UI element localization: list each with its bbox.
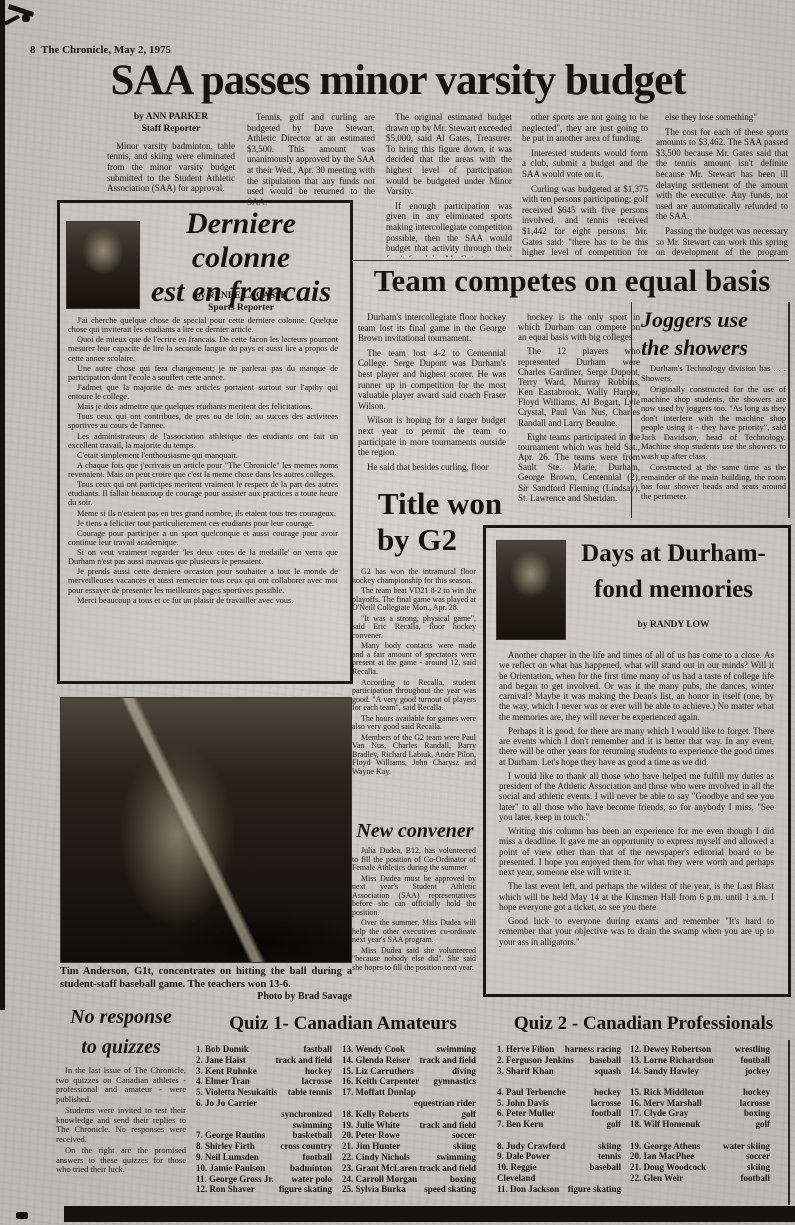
quiz-entry: 18. Kelly Robertsgolf	[342, 1109, 476, 1120]
quiz-entry: 12. Ron Shaverfigure skating	[196, 1184, 332, 1195]
derniere-byline-title: Sports Reporter	[142, 303, 340, 315]
quiz-entry-name: George Rautins	[205, 1130, 265, 1140]
quiz-entry-number: 4.	[497, 1087, 504, 1097]
quiz-entry-number: 9.	[497, 1151, 504, 1161]
quiz-entry-sport: wrestling	[735, 1044, 770, 1055]
quiz-entry-name: Clyde Gray	[644, 1108, 689, 1118]
paragraph: Interested students would form a club, s…	[522, 148, 648, 180]
paragraph: Another chapter in the life and times of…	[499, 650, 774, 722]
paragraph: A chaque fois que j'ecrivais un article …	[68, 461, 338, 479]
paragraph: The last event left, and perhaps the wil…	[499, 881, 774, 912]
paragraph: Si on veut vraiment regarder 'les deux c…	[68, 548, 338, 566]
quiz-entry: 11. George Gross Jr.water polo	[196, 1174, 332, 1185]
section-rule	[352, 260, 789, 261]
paragraph: Good luck to everyone during exams and r…	[499, 916, 774, 947]
quiz-entry: 2. Ferguson Jenkinsbaseball	[497, 1055, 621, 1066]
paragraph: The original estimated budget drawn up b…	[386, 112, 512, 197]
quiz-entry-sport: jockey	[745, 1066, 770, 1077]
quiz-entry: 6. Peter Mullerfootball	[497, 1108, 621, 1119]
scan-edge-line	[0, 0, 5, 1010]
quiz-entry-number: 11.	[196, 1174, 207, 1184]
quiz-entry: 13. Wendy Cookswimming	[342, 1044, 476, 1055]
quiz-entry: 10. Reggie Clevelandbaseball	[497, 1162, 621, 1184]
quiz-entry: 3. Sharif Khansquash	[497, 1066, 621, 1077]
paragraph: Miss Dudea must be approved by next year…	[352, 875, 476, 918]
paragraph: If enough participation was given in any…	[386, 201, 512, 257]
quiz-entry-sport: table tennis	[288, 1087, 332, 1098]
paragraph: In the last issue of The Chronicle, two …	[56, 1066, 186, 1104]
days-body: Another chapter in the life and times of…	[499, 650, 774, 986]
quiz-entry-name: Wendy Cook	[355, 1044, 405, 1054]
quiz-entry: 2. Jane Haisttrack and field	[196, 1055, 332, 1066]
quiz-entry: 10. Jamie Paulsonbadminton	[196, 1163, 332, 1174]
quiz-entry-sport: football	[740, 1173, 770, 1184]
paragraph: Curling was budgeted at $1,375 with ten …	[522, 184, 648, 257]
quiz-entry-name: Glen Weir	[644, 1173, 684, 1183]
quiz-entry-name: Ian MacPhee	[644, 1151, 695, 1161]
quiz-entry-name: Sandy Hawley	[644, 1066, 699, 1076]
quiz-entry-sport: hockey	[743, 1087, 770, 1098]
quiz2-col-a: 1. Herve Filionharness racing2. Ferguson…	[497, 1044, 621, 1195]
paragraph: Je tiens a feliciter tout particuliereme…	[68, 519, 338, 528]
derniere-headline-line2: colonne	[142, 241, 340, 275]
main-article-byline-title: Staff Reporter	[107, 124, 235, 136]
quiz-entry-number: 10.	[497, 1162, 508, 1172]
quiz-entry-sport: badminton	[290, 1163, 332, 1174]
quiz-entry-sport: hockey	[305, 1066, 332, 1077]
paragraph: The 12 players who represented Durham we…	[518, 346, 640, 427]
paragraph: I would like to thank all those who have…	[499, 771, 774, 822]
quiz-entry-name: John Davis	[506, 1098, 549, 1108]
quiz-entry-name: Shirley Firth	[205, 1141, 255, 1151]
quiz-entry-number: 5.	[196, 1087, 203, 1097]
quiz-entry: 17. Moffatt Dunlapequestrian rider	[342, 1087, 476, 1109]
quiz-entry-number: 24.	[342, 1174, 353, 1184]
quiz-entry-sport: track and field	[419, 1055, 476, 1066]
quiz-entry-sport: tennis	[598, 1151, 621, 1162]
quiz-entry-sport: equestrian rider	[414, 1098, 476, 1109]
quiz-entry: 13. Lorne Richardsonfootball	[630, 1055, 770, 1066]
quiz-entry: 5. Violetta Nesukaitistable tennis	[196, 1087, 332, 1098]
quiz-entry-number: 12.	[630, 1044, 641, 1054]
quiz-entry-number: 1.	[196, 1044, 203, 1054]
paragraph: else they lose something"	[656, 112, 788, 123]
quiz-entry-sport: lacrosse	[591, 1098, 621, 1109]
quiz-entry-sport: football	[740, 1055, 770, 1066]
quiz-entry-name: Kelly Roberts	[356, 1109, 409, 1119]
paragraph: Writing this column has been an experien…	[499, 826, 774, 877]
quiz-entry-number: 10.	[196, 1163, 207, 1173]
derniere-article-box: Derniere colonne est en francais by RENE…	[57, 200, 353, 684]
quiz-entry-name: Moffatt Dunlap	[356, 1087, 416, 1097]
paragraph: Courage pour participer a un sport quelc…	[68, 529, 338, 547]
team-competes-headline: Team competes on equal basis	[352, 263, 792, 299]
quiz-entry-number: 3.	[196, 1066, 203, 1076]
quiz-entry-name: Ferguson Jenkins	[506, 1055, 574, 1065]
quiz-entry: 7. Ben Kerngolf	[497, 1119, 621, 1130]
paragraph: Meme si ils n'etaient pas en tres grand …	[68, 509, 338, 518]
days-memories-box: Days at Durham- fond memories by RANDY L…	[483, 525, 791, 997]
quiz-entry: 24. Carroll Morganboxing	[342, 1174, 476, 1185]
paragraph: Constructed at the same time as the rema…	[641, 463, 786, 501]
paragraph: He said that besides curling, floor	[358, 462, 506, 473]
quiz-entry-sport: harness racing	[565, 1044, 621, 1055]
quiz-entry: 22. Glen Weirfootball	[630, 1173, 770, 1184]
quiz-entry-number: 6.	[497, 1108, 504, 1118]
paragraph: J'ai cherche quelque chose de special po…	[68, 316, 338, 334]
quiz-entry-number: 11.	[497, 1184, 508, 1194]
quiz-entry-number: 17.	[630, 1108, 641, 1118]
quiz-entry-sport: boxing	[744, 1108, 770, 1119]
quiz-entry-name: Grant McLaren	[356, 1163, 418, 1173]
quiz-entry-number: 2.	[196, 1055, 203, 1065]
quiz-entry: 23. Grant McLarentrack and field	[342, 1163, 476, 1174]
title-won-headline-line1: Title won	[352, 486, 528, 522]
derniere-byline-name: by RENEE LACASSE	[142, 291, 340, 303]
column-rule	[631, 302, 632, 518]
quiz-entry-name: George Gross Jr.	[209, 1174, 274, 1184]
quiz-entry-number: 5.	[497, 1098, 504, 1108]
paragraph: Members of the G2 team were Paul Van Nus…	[352, 734, 476, 777]
quiz-entry: 3. Kent Ruhnkehockey	[196, 1066, 332, 1077]
quiz-entry-name: Jamie Paulson	[210, 1163, 266, 1173]
paragraph: Passing the budget was necessary so Mr. …	[656, 226, 788, 257]
quiz-entry-sport: lacrosse	[740, 1098, 770, 1109]
quiz-entry-sport: basketball	[292, 1130, 332, 1141]
quiz-entry: 12. Dewey Robertsonwrestling	[630, 1044, 770, 1055]
quiz-entry-sport: skiing	[747, 1162, 770, 1173]
quiz-entry-number: 6.	[196, 1098, 203, 1108]
quiz-entry-sport: gymnastics	[434, 1076, 477, 1087]
quiz-entry-number: 18.	[342, 1109, 353, 1119]
quiz-entry: 15. Rick Middletonhockey	[630, 1087, 770, 1098]
title-won-body: G2 has won the intramural floor hockey c…	[352, 568, 476, 816]
quiz-entry-name: Keith Carpenter	[356, 1076, 420, 1086]
quiz-entry: 1. Herve Filionharness racing	[497, 1044, 621, 1055]
quiz-entry-name: Elmer Tran	[205, 1076, 250, 1086]
quiz-entry-name: Peter Muller	[506, 1108, 555, 1118]
quiz-entry-sport: golf	[462, 1109, 477, 1120]
quiz-entry-number: 7.	[196, 1130, 203, 1140]
quiz2-title: Quiz 2 - Canadian Professionals	[495, 1013, 792, 1035]
quiz-entry-sport: lacrosse	[302, 1076, 332, 1087]
quiz-entry: 8. Shirley Firthcross country	[196, 1141, 332, 1152]
paragraph: "It was a strong, physical game", said E…	[352, 615, 476, 641]
paragraph: Minor varsity badminton, table tennis, a…	[107, 141, 235, 194]
quiz2-col-b: 12. Dewey Robertsonwrestling13. Lorne Ri…	[630, 1044, 770, 1184]
quiz-entry: 18. Wilf Homenukgolf	[630, 1119, 770, 1130]
quiz-entry-number: 21.	[630, 1162, 641, 1172]
column-rule	[788, 1040, 790, 1205]
quiz-entry-name: Sylvia Burka	[356, 1184, 406, 1194]
page-header: 8 The Chronicle, May 2, 1975	[30, 44, 171, 56]
quiz-entry-sport: track and field	[275, 1055, 332, 1066]
derniere-byline: by RENEE LACASSE Sports Reporter	[142, 291, 340, 315]
quiz1-col-b: 13. Wendy Cookswimming14. Glenda Reisert…	[342, 1044, 476, 1195]
quiz-entry: 21. Doug Woodcockskiing	[630, 1162, 770, 1173]
quiz-entry-name: Lorne Richardson	[644, 1055, 714, 1065]
quiz-entry: 14. Sandy Hawleyjockey	[630, 1066, 770, 1077]
derniere-headline-line1: Derniere	[142, 207, 340, 241]
joggers-headline-line2: the showers	[641, 334, 787, 362]
quiz-entry-sport: water polo	[291, 1174, 332, 1185]
quiz-entry: 5. John Davislacrosse	[497, 1098, 621, 1109]
quiz-entry-number: 20.	[630, 1151, 641, 1161]
quiz-entry-sport: boxing	[450, 1174, 476, 1185]
quiz-entry-name: Don Jackson	[510, 1184, 559, 1194]
quiz-entry-name: Wilf Homenuk	[643, 1119, 700, 1129]
photo-caption-block: Tim Anderson, G1t, concentrates on hitti…	[60, 966, 352, 1002]
main-article-col1-text: Minor varsity badminton, table tennis, a…	[107, 141, 235, 194]
page-number: 8	[30, 44, 36, 56]
quiz-entry-sport: figure skating	[568, 1184, 621, 1195]
paragraph: The team beat VD21 8-2 to win the playof…	[352, 587, 476, 613]
quiz-entry-sport: skiing	[453, 1141, 476, 1152]
quiz-entry-sport: golf	[607, 1119, 622, 1130]
quiz-entry-number: 14.	[342, 1055, 353, 1065]
no-response-headline-line1: No response	[52, 1002, 190, 1032]
days-byline: by RANDY LOW	[571, 620, 776, 632]
quiz-entry-sport: football	[302, 1152, 332, 1163]
quiz-entry-sport: diving	[452, 1066, 476, 1077]
paragraph: Originally constructed for the use of ma…	[641, 385, 786, 461]
photo-credit: Photo by Brad Savage	[60, 991, 352, 1002]
quiz-entry-name: Carroll Morgan	[356, 1174, 418, 1184]
quiz-entry: 4. Paul Terbenchehockey	[497, 1087, 621, 1098]
column-rule	[788, 302, 790, 518]
quiz-entry-number: 17.	[342, 1087, 353, 1097]
quiz-entry-number: 1.	[497, 1044, 504, 1054]
quiz-entry-sport: football	[591, 1108, 621, 1119]
quiz-entry: 4. Elmer Tranlacrosse	[196, 1076, 332, 1087]
quiz-entry-number: 4.	[196, 1076, 203, 1086]
quiz-entry: 20. Ian MacPheesoccer	[630, 1151, 770, 1162]
quiz-entry-sport: synchronized swimming	[250, 1109, 332, 1131]
paragraph: Wilson is hoping for a larger budget nex…	[358, 415, 506, 457]
quiz-entry-name: Cindy Nichols	[356, 1152, 410, 1162]
main-article-byline: by ANN PARKER	[107, 112, 235, 124]
quiz-entry: 16. Keith Carpentergymnastics	[342, 1076, 476, 1087]
quiz-entry: 11. Don Jacksonfigure skating	[497, 1184, 621, 1195]
quiz-entry-name: Bob Domik	[205, 1044, 249, 1054]
quiz-entry-number: 25.	[342, 1184, 353, 1194]
quiz-entry-number: 8.	[497, 1141, 504, 1151]
quiz-entry-name: Judy Crawford	[506, 1141, 565, 1151]
scan-scribble	[22, 14, 30, 22]
team-competes-col1: Durham's intercollegiate floor hockey te…	[358, 312, 506, 508]
scan-scribble	[4, 14, 20, 25]
main-article-col4: other sports are not going to be neglect…	[522, 112, 648, 257]
quiz-entry-number: 15.	[630, 1087, 641, 1097]
paragraph: hockey is the only sport in which Durham…	[518, 312, 640, 342]
new-convener-body: Julia Dudea, B12, has volunteered to fil…	[352, 847, 476, 997]
paragraph: The hours available for games were also …	[352, 715, 476, 732]
quiz-entry: 15. Liz Carruthersdiving	[342, 1066, 476, 1077]
quiz-entry-name: Rick Middleton	[644, 1087, 704, 1097]
quiz-entry-sport: baseball	[589, 1055, 621, 1066]
quiz-entry-sport: track and field	[419, 1163, 476, 1174]
quiz-entry-number: 14.	[630, 1066, 641, 1076]
quiz-entry-sport: golf	[756, 1119, 771, 1130]
quiz-entry-sport: baseball	[589, 1162, 621, 1173]
quiz-entry-name: Ben Kern	[506, 1119, 543, 1129]
quiz-entry-name: Peter Rowe	[356, 1130, 400, 1140]
scan-bottom-bar	[64, 1206, 795, 1222]
quiz-entry	[497, 1076, 621, 1087]
quiz-entry-name: George Athens	[644, 1141, 701, 1151]
no-response-headline: No response to quizzes	[52, 1002, 190, 1062]
quiz-entry: 9. Dale Powertennis	[497, 1151, 621, 1162]
new-convener-headline: New convener	[350, 820, 480, 843]
paragraph: G2 has won the intramural floor hockey c…	[352, 568, 476, 585]
quiz-entry-sport: swimming	[436, 1152, 476, 1163]
paragraph: Je prends aussi cette derniere occasion …	[68, 567, 338, 594]
paragraph: The team lost 4-2 to Centennial College.…	[358, 348, 506, 412]
team-competes-col2: hockey is the only sport in which Durham…	[518, 312, 640, 508]
paragraph: Eight teams participated in the tourname…	[518, 432, 640, 503]
joggers-body: Durham's Technology division has . . . S…	[641, 364, 786, 510]
no-response-body: In the last issue of The Chronicle, two …	[56, 1066, 186, 1178]
quiz-entry: 14. Glenda Reisertrack and field	[342, 1055, 476, 1066]
quiz-entry: 21. Jim Hunterskiing	[342, 1141, 476, 1152]
quiz-entry-sport: soccer	[746, 1151, 770, 1162]
quiz-entry: 16. Merv Marshalllacrosse	[630, 1098, 770, 1109]
quiz-entry-number: 12.	[196, 1184, 207, 1194]
quiz-entry-name: Paul Terbenche	[506, 1087, 566, 1097]
paragraph: J'admet que la majorite de mes articles …	[68, 383, 338, 401]
paragraph: Miss Dudea said she volunteered "because…	[352, 947, 476, 973]
quiz-entry-number: 21.	[342, 1141, 353, 1151]
quiz-entry: 22. Cindy Nicholsswimming	[342, 1152, 476, 1163]
quiz-entry-name: Jo Jo Carrier	[205, 1098, 257, 1108]
paragraph: C'etait simplement l'enthousiasme qui ma…	[68, 451, 338, 460]
quiz-entry: 19. George Athenswater skiing	[630, 1141, 770, 1152]
quiz-entry: 19. Julie Whitetrack and field	[342, 1120, 476, 1131]
newspaper-page: 8 The Chronicle, May 2, 1975 SAA passes …	[0, 0, 795, 1225]
paragraph: Tous ceux qui ont participes meritent vr…	[68, 480, 338, 507]
quiz-entry-number: 7.	[497, 1119, 504, 1129]
quiz-entry-number: 2.	[497, 1055, 504, 1065]
derniere-body: J'ai cherche quelque chose de special po…	[68, 316, 338, 674]
paragraph: Merci beaucoup a tous et ce fut un plais…	[68, 596, 338, 605]
quiz-entry-name: Doug Woodcock	[644, 1162, 707, 1172]
quiz-entry-name: Neil Lumsden	[205, 1152, 259, 1162]
masthead: The Chronicle, May 2, 1975	[41, 44, 171, 56]
quiz1-col-a: 1. Bob Domikfastball2. Jane Haisttrack a…	[196, 1044, 332, 1195]
photo-caption: Tim Anderson, G1t, concentrates on hitti…	[60, 966, 352, 991]
paragraph: Students were invited to test their know…	[56, 1106, 186, 1144]
days-headline-line2: fond memories	[571, 572, 776, 608]
paragraph: Durham's intercollegiate floor hockey te…	[358, 312, 506, 344]
paragraph: Mais je dois admettre que quelques etudi…	[68, 402, 338, 411]
quiz1-title: Quiz 1- Canadian Amateurs	[193, 1013, 493, 1035]
quiz-entry-number: 8.	[196, 1141, 203, 1151]
quiz-entry: 7. George Rautinsbasketball	[196, 1130, 332, 1141]
paragraph: Durham's Technology division has . . . S…	[641, 364, 786, 383]
quiz-entry-name: Sharif Khan	[506, 1066, 554, 1076]
quiz-entry-number: 16.	[342, 1076, 353, 1086]
paragraph: The cost for each of these sports amount…	[656, 127, 788, 222]
quiz-entry-sport: speed skating	[424, 1184, 476, 1195]
baseball-photo	[60, 697, 352, 963]
quiz-entry-name: Violetta Nesukaitis	[205, 1087, 277, 1097]
quiz-entry-number: 18.	[630, 1119, 641, 1129]
quiz-entry: 6. Jo Jo Carriersynchronized swimming	[196, 1098, 332, 1130]
quiz-entry-sport: water skiing	[723, 1141, 770, 1152]
quiz-entry-name: Merv Marshall	[644, 1098, 702, 1108]
paragraph: Over the summer, Miss Dudea will help th…	[352, 919, 476, 945]
paragraph: Julia Dudea, B12, has volunteered to fil…	[352, 847, 476, 873]
quiz-entry-name: Herve Filion	[506, 1044, 554, 1054]
quiz-entry-name: Dale Power	[506, 1151, 550, 1161]
quiz-entry	[497, 1130, 621, 1141]
quiz-entry	[630, 1076, 770, 1087]
quiz-entry-name: Glenda Reiser	[356, 1055, 411, 1065]
quiz-entry-number: 19.	[630, 1141, 641, 1151]
quiz-entry-number: 16.	[630, 1098, 641, 1108]
quiz-entry-name: Ron Shaver	[210, 1184, 255, 1194]
renee-lacasse-photo	[66, 221, 140, 309]
quiz-entry-number: 3.	[497, 1066, 504, 1076]
paragraph: Une autre chose qui fera changement; je …	[68, 364, 338, 382]
quiz-entry-number: 15.	[342, 1066, 353, 1076]
title-won-headline-line2: by G2	[352, 522, 482, 558]
paragraph: Les administrateurs de l'association ath…	[68, 432, 338, 450]
quiz-entry-sport: swimming	[436, 1044, 476, 1055]
joggers-headline-line1: Joggers use	[641, 306, 787, 334]
main-article-col3: The original estimated budget drawn up b…	[386, 112, 512, 257]
quiz-entry: 25. Sylvia Burkaspeed skating	[342, 1184, 476, 1195]
quiz-entry-sport: skiing	[598, 1141, 621, 1152]
quiz-entry-sport: cross country	[280, 1141, 332, 1152]
paragraph: According to Recalla, student participat…	[352, 679, 476, 713]
quiz-entry-number: 22.	[630, 1173, 641, 1183]
no-response-headline-line2: to quizzes	[52, 1032, 190, 1062]
paragraph: Many body contacts were made and a fair …	[352, 642, 476, 676]
main-headline: SAA passes minor varsity budget	[48, 56, 748, 105]
quiz-entry-name: Julie White	[356, 1120, 400, 1130]
scan-scribble	[8, 4, 34, 17]
quiz-entry-name: Jim Hunter	[356, 1141, 401, 1151]
quiz-entry-number: 13.	[342, 1044, 353, 1054]
quiz-entry	[630, 1130, 770, 1141]
quiz-entry-number: 22.	[342, 1152, 353, 1162]
quiz-entry-sport: soccer	[452, 1130, 476, 1141]
quiz-entry-name: Kent Ruhnke	[205, 1066, 257, 1076]
quiz-entry-sport: hockey	[594, 1087, 621, 1098]
quiz-entry-name: Jane Haist	[205, 1055, 246, 1065]
quiz-entry-number: 23.	[342, 1163, 353, 1173]
days-headline: Days at Durham- fond memories	[571, 536, 776, 609]
joggers-headline: Joggers use the showers	[641, 306, 787, 361]
quiz-entry: 17. Clyde Grayboxing	[630, 1108, 770, 1119]
paragraph: Quoi de mieux que de l'ecrire en francai…	[68, 335, 338, 362]
quiz-entry-number: 20.	[342, 1130, 353, 1140]
randy-low-photo	[496, 540, 566, 640]
quiz-entry-sport: squash	[594, 1066, 621, 1077]
paragraph: Tennis, golf and curling are budgeted by…	[247, 112, 375, 207]
quiz-entry-number: 19.	[342, 1120, 353, 1130]
quiz-entry: 20. Peter Rowesoccer	[342, 1130, 476, 1141]
quiz-entry: 8. Judy Crawfordskiing	[497, 1141, 621, 1152]
quiz-entry: 1. Bob Domikfastball	[196, 1044, 332, 1055]
quiz-entry-number: 9.	[196, 1152, 203, 1162]
paragraph: Perhaps it is good, for there are many w…	[499, 726, 774, 767]
paragraph: Tous ceux qui ont contribues, de pres ou…	[68, 412, 338, 430]
quiz-entry-name: Liz Carruthers	[356, 1066, 414, 1076]
paragraph: On the right are the promised answers to…	[56, 1146, 186, 1175]
quiz-entry-sport: figure skating	[279, 1184, 332, 1195]
